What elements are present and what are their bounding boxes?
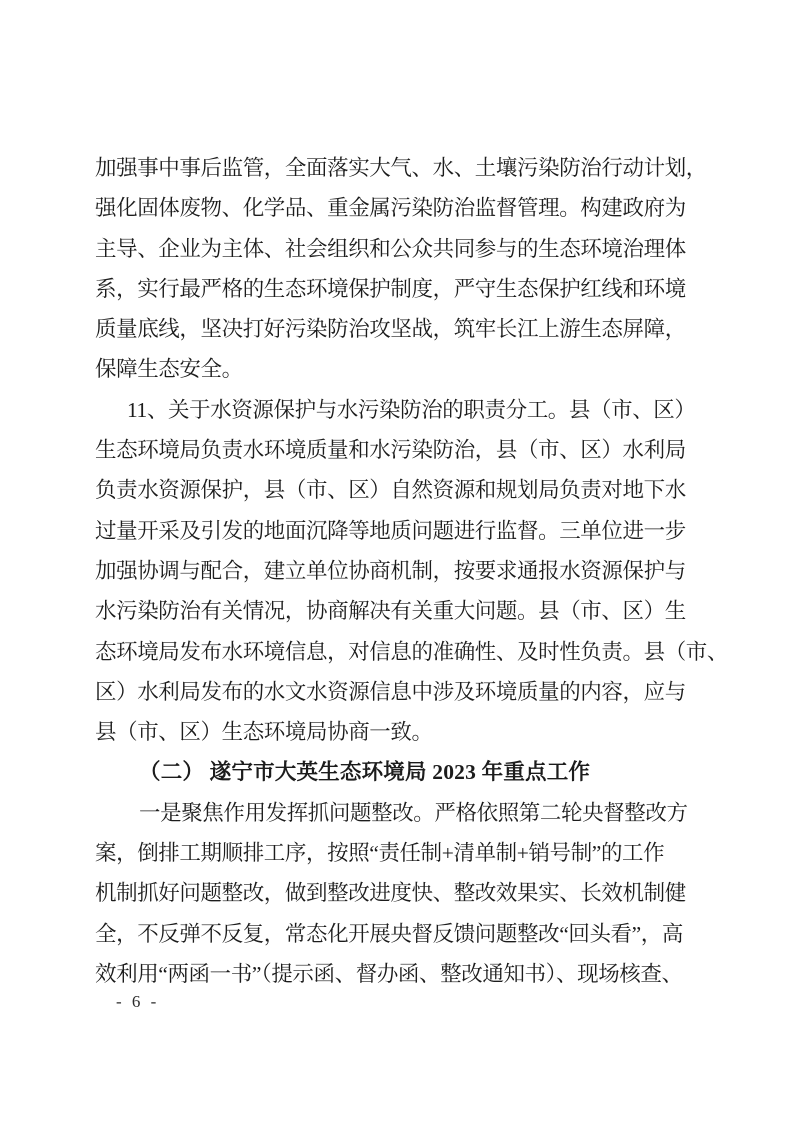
document-line: 过量开采及引发的地面沉降等地质问题进行监督。三单位进一步 [95,511,720,551]
document-line: 机制抓好问题整改，做到整改进度快、整改效果实、长效机制健 [95,873,720,913]
document-line: 质量底线，坚决打好污染防治攻坚战，筑牢长江上游生态屏障， [95,309,720,349]
document-line: 县（市、区）生态环境局协商一致。 [95,712,720,752]
document-line: 效利用“两函一书”（提示函、督办函、整改通知书）、现场核查、 [95,954,720,994]
document-line: 加强事中事后监管，全面落实大气、水、土壤污染防治行动计划， [95,148,720,188]
document-page: 加强事中事后监管，全面落实大气、水、土壤污染防治行动计划， 强化固体废物、化学品… [0,0,793,1122]
document-line: 主导、企业为主体、社会组织和公众共同参与的生态环境治理体 [95,229,720,269]
section-heading: （二） 遂宁市大英生态环境局 2023 年重点工作 [95,752,720,792]
document-line: 全，不反弹不反复，常态化开展央督反馈问题整改“回头看”，高 [95,914,720,954]
document-line: 系，实行最严格的生态环境保护制度，严守生态保护红线和环境 [95,269,720,309]
document-line: 强化固体废物、化学品、重金属污染防治监督管理。构建政府为 [95,188,720,228]
document-line: 生态环境局负责水环境质量和水污染防治，县（市、区）水利局 [95,430,720,470]
document-line: 态环境局发布水环境信息，对信息的准确性、及时性负责。县（市、 [95,632,720,672]
paragraph-start-line: 11、关于水资源保护与水污染防治的职责分工。县（市、区） [95,390,720,430]
document-line: 案，倒排工期顺排工序，按照“责任制+清单制+销号制”的工作 [95,833,720,873]
document-line: 区）水利局发布的水文水资源信息中涉及环境质量的内容，应与 [95,672,720,712]
document-line: 加强协调与配合，建立单位协商机制，按要求通报水资源保护与 [95,551,720,591]
page-number: - 6 - [116,992,159,1012]
document-line: 水污染防治有关情况，协商解决有关重大问题。县（市、区）生 [95,591,720,631]
document-text-block: 加强事中事后监管，全面落实大气、水、土壤污染防治行动计划， 强化固体废物、化学品… [95,148,720,994]
paragraph-start-line: 一是聚焦作用发挥抓问题整改。严格依照第二轮央督整改方 [95,793,720,833]
document-line: 负责水资源保护，县（市、区）自然资源和规划局负责对地下水 [95,470,720,510]
document-line: 保障生态安全。 [95,349,720,389]
